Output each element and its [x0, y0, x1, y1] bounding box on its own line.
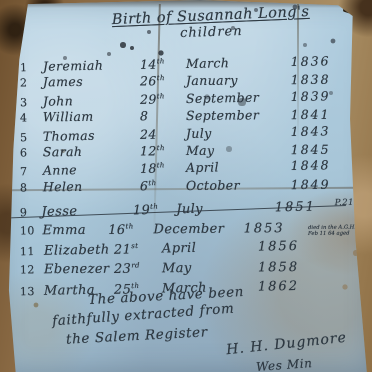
row-number: 11 [20, 245, 44, 258]
birth-year: 1856 [258, 239, 316, 255]
birth-year: 1845 [291, 142, 346, 157]
child-name: Anne [43, 161, 140, 178]
birth-year: 1849 [291, 176, 346, 191]
birth-month: January [182, 72, 291, 88]
row-number: 10 [20, 224, 43, 237]
tiny-margin-note: died in the A.G.H.Feb 11 64 aged [308, 226, 356, 238]
birth-month: September [182, 89, 291, 106]
birth-year: 1851 [275, 200, 327, 216]
signature: H. H. Dugmore [225, 330, 347, 359]
birth-year: 1843 [291, 123, 347, 139]
row-number: 12 [20, 263, 44, 276]
birth-month: March [182, 54, 291, 71]
child-name: Jesse [41, 204, 133, 221]
child-name: Sarah [43, 143, 140, 159]
birth-day: 26th [140, 73, 182, 88]
birth-day: 24 [140, 126, 182, 142]
birth-day: 12th [140, 143, 182, 158]
row-number: 3 [20, 96, 43, 109]
birth-year: 1862 [258, 278, 316, 294]
birth-day: 6th [140, 178, 182, 193]
birth-year: 1848 [291, 157, 347, 173]
birth-month: October [182, 177, 291, 193]
document-title: Birth of Susannah Long's children [95, 3, 326, 45]
row-number: 13 [20, 285, 44, 298]
row-number: 4 [20, 111, 43, 124]
birth-day: 23rd [114, 261, 158, 277]
birth-day: 18th [140, 160, 182, 176]
birth-month: May [182, 142, 291, 158]
register-rows: 1 Jeremiah 14th March 1836 2 James 26th … [20, 56, 356, 300]
child-name: John [43, 92, 140, 109]
row-number: 7 [20, 165, 43, 178]
birth-year: 1853 [244, 221, 299, 236]
ink-specks [0, 0, 2, 2]
child-name: Elizabeth [44, 243, 114, 259]
birth-day: 16th [108, 222, 149, 238]
birth-month: September [182, 107, 291, 123]
paper-sheet: Birth of Susannah Long's children 1 Jere… [0, 0, 372, 372]
birth-month: April [182, 158, 291, 175]
row-number: 1 [20, 61, 43, 74]
margin-note: P.21 [335, 198, 354, 208]
child-name: William [43, 109, 140, 125]
child-name: Helen [43, 178, 140, 194]
child-name: Jeremiah [43, 57, 140, 74]
birth-day: 19th [133, 202, 173, 218]
birth-month: May [158, 261, 258, 277]
birth-day: 21st [114, 242, 158, 258]
birth-month: December [149, 222, 243, 238]
photo-of-document: Birth of Susannah Long's children 1 Jere… [0, 0, 372, 372]
attestation-line-3: the Salem Register [66, 324, 208, 347]
birth-year: 1858 [258, 260, 316, 276]
row-number: 8 [20, 181, 43, 194]
child-name: James [43, 74, 140, 90]
birth-month: July [182, 124, 291, 141]
table-row: 8 Helen 6th October 1849 [20, 176, 356, 196]
row-number: 2 [20, 77, 43, 90]
birth-day: 8 [140, 108, 182, 123]
birth-year: 1839 [291, 88, 347, 104]
birth-month: April [158, 240, 258, 257]
child-name: Thomas [43, 126, 140, 143]
row-number: 5 [20, 130, 43, 143]
row-number: 9 [20, 206, 42, 219]
birth-year: 1838 [291, 72, 346, 87]
child-name: Emma [42, 223, 108, 239]
row-number: 6 [20, 146, 43, 159]
child-name: Ebenezer [44, 262, 114, 278]
birth-year: 1841 [291, 107, 346, 122]
torn-corner [343, 0, 362, 16]
birth-year: 1836 [291, 53, 347, 69]
birth-month: July [172, 201, 275, 218]
birth-day: 14th [140, 56, 182, 72]
birth-day: 29th [140, 91, 182, 107]
signature-title: Wes Min [256, 356, 313, 372]
